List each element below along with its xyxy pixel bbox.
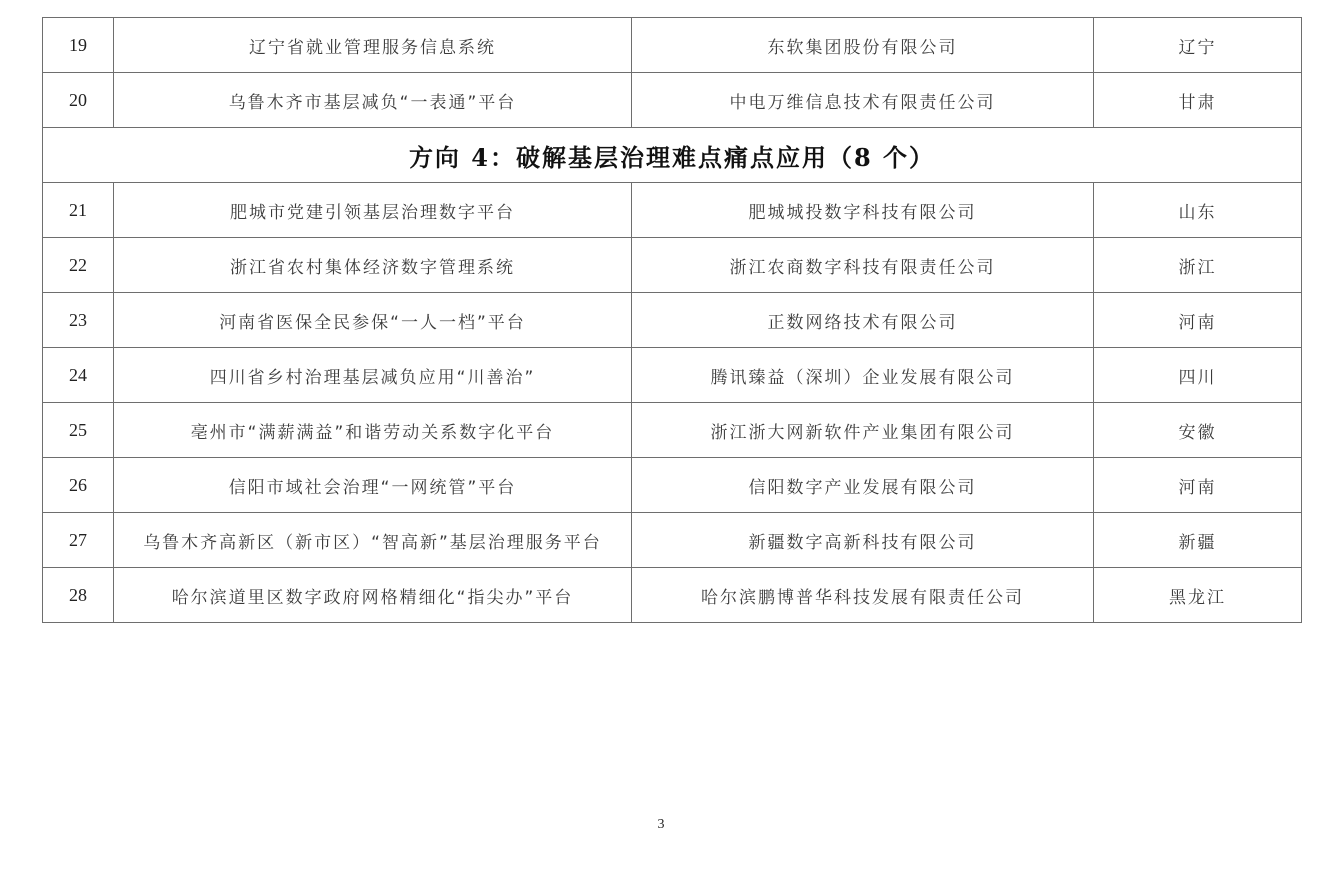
row-number: 24 (43, 348, 114, 403)
table-row: 21 肥城市党建引领基层治理数字平台 肥城城投数字科技有限公司 山东 (43, 183, 1302, 238)
application-name: 信阳市域社会治理“一网统管”平台 (114, 458, 632, 513)
region: 四川 (1094, 348, 1302, 403)
table-row: 23 河南省医保全民参保“一人一档”平台 正数网络技术有限公司 河南 (43, 293, 1302, 348)
company-name: 中电万维信息技术有限责任公司 (632, 73, 1094, 128)
row-number: 25 (43, 403, 114, 458)
table-row: 26 信阳市域社会治理“一网统管”平台 信阳数字产业发展有限公司 河南 (43, 458, 1302, 513)
region: 河南 (1094, 458, 1302, 513)
table-row: 19 辽宁省就业管理服务信息系统 东软集团股份有限公司 辽宁 (43, 18, 1302, 73)
table-row: 20 乌鲁木齐市基层减负“一表通”平台 中电万维信息技术有限责任公司 甘肃 (43, 73, 1302, 128)
region: 新疆 (1094, 513, 1302, 568)
application-name: 哈尔滨道里区数字政府网格精细化“指尖办”平台 (114, 568, 632, 623)
region: 河南 (1094, 293, 1302, 348)
row-number: 21 (43, 183, 114, 238)
company-name: 浙江农商数字科技有限责任公司 (632, 238, 1094, 293)
region: 安徽 (1094, 403, 1302, 458)
application-name: 四川省乡村治理基层减负应用“川善治” (114, 348, 632, 403)
company-name: 浙江浙大网新软件产业集团有限公司 (632, 403, 1094, 458)
row-number: 22 (43, 238, 114, 293)
company-name: 腾讯臻益（深圳）企业发展有限公司 (632, 348, 1094, 403)
row-number: 28 (43, 568, 114, 623)
application-list-table: 19 辽宁省就业管理服务信息系统 东软集团股份有限公司 辽宁 20 乌鲁木齐市基… (42, 17, 1302, 623)
application-name: 浙江省农村集体经济数字管理系统 (114, 238, 632, 293)
table-row: 24 四川省乡村治理基层减负应用“川善治” 腾讯臻益（深圳）企业发展有限公司 四… (43, 348, 1302, 403)
company-name: 肥城城投数字科技有限公司 (632, 183, 1094, 238)
row-number: 19 (43, 18, 114, 73)
company-name: 东软集团股份有限公司 (632, 18, 1094, 73)
company-name: 新疆数字高新科技有限公司 (632, 513, 1094, 568)
table-row: 27 乌鲁木齐高新区（新市区）“智高新”基层治理服务平台 新疆数字高新科技有限公… (43, 513, 1302, 568)
company-name: 信阳数字产业发展有限公司 (632, 458, 1094, 513)
company-name: 哈尔滨鹏博普华科技发展有限责任公司 (632, 568, 1094, 623)
region: 浙江 (1094, 238, 1302, 293)
region: 辽宁 (1094, 18, 1302, 73)
row-number: 20 (43, 73, 114, 128)
section-header-row: 方向 4：破解基层治理难点痛点应用（8 个） (43, 128, 1302, 183)
section-title: 方向 4：破解基层治理难点痛点应用（8 个） (43, 128, 1302, 183)
application-name: 乌鲁木齐高新区（新市区）“智高新”基层治理服务平台 (114, 513, 632, 568)
application-name: 河南省医保全民参保“一人一档”平台 (114, 293, 632, 348)
company-name: 正数网络技术有限公司 (632, 293, 1094, 348)
application-name: 乌鲁木齐市基层减负“一表通”平台 (114, 73, 632, 128)
application-name: 亳州市“满薪满益”和谐劳动关系数字化平台 (114, 403, 632, 458)
region: 甘肃 (1094, 73, 1302, 128)
region: 山东 (1094, 183, 1302, 238)
application-name: 辽宁省就业管理服务信息系统 (114, 18, 632, 73)
row-number: 23 (43, 293, 114, 348)
table-row: 22 浙江省农村集体经济数字管理系统 浙江农商数字科技有限责任公司 浙江 (43, 238, 1302, 293)
application-name: 肥城市党建引领基层治理数字平台 (114, 183, 632, 238)
table-row: 25 亳州市“满薪满益”和谐劳动关系数字化平台 浙江浙大网新软件产业集团有限公司… (43, 403, 1302, 458)
document-page: 19 辽宁省就业管理服务信息系统 东软集团股份有限公司 辽宁 20 乌鲁木齐市基… (0, 0, 1322, 883)
row-number: 26 (43, 458, 114, 513)
page-number: 3 (0, 817, 1322, 833)
table-row: 28 哈尔滨道里区数字政府网格精细化“指尖办”平台 哈尔滨鹏博普华科技发展有限责… (43, 568, 1302, 623)
region: 黑龙江 (1094, 568, 1302, 623)
row-number: 27 (43, 513, 114, 568)
